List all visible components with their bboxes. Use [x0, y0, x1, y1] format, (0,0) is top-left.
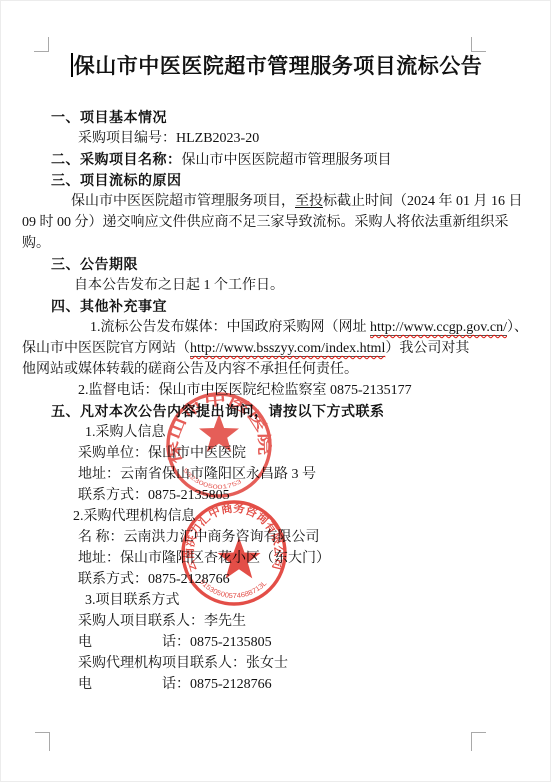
- text-segment: 采购人项目联系人：李先生: [78, 614, 246, 629]
- document-line: 自本公告发布之日起 1 个工作日。: [1, 275, 551, 296]
- document-line: 09 时 00 分）递交响应文件供应商不足三家导致流标。采购人将依法重新组织采: [1, 212, 551, 233]
- document-line: 四、其他补充事宜: [1, 296, 551, 317]
- star-icon: [199, 414, 239, 452]
- text-segment: 至投: [295, 194, 323, 209]
- text-segment: 二、采购项目名称：: [51, 151, 182, 167]
- official-seal-agency: 云南洪力汇中商务咨询有限公司 91530500574688713L: [178, 497, 290, 609]
- text-segment: 3.项目联系方式: [85, 593, 180, 608]
- official-seal-hospital: 保山市中医医院 5323005001753: [163, 389, 275, 501]
- document-line: 一、项目基本情况: [1, 107, 551, 128]
- text-segment: 三、项目流标的原因: [51, 172, 182, 188]
- document-line: 电 话：0875-2135805: [1, 632, 551, 653]
- document-line: 1.流标公告发布媒体：中国政府采购网（网址 http://www.ccgp.go…: [1, 317, 551, 338]
- text-segment: 一、项目基本情况: [51, 109, 167, 125]
- text-segment: ）、: [507, 320, 528, 335]
- text-segment: 他网站或媒体转载的磋商公告及内容不承担任何责任。: [22, 362, 358, 377]
- text-segment: 1.流标公告发布媒体：中国政府采购网（网址: [90, 320, 370, 335]
- document-line: 采购项目编号：HLZB2023-20: [1, 128, 551, 149]
- text-segment: 电 话：0875-2128766: [78, 677, 272, 692]
- text-segment: ）我公司对其: [385, 341, 469, 356]
- text-segment: 电 话：0875-2135805: [78, 635, 272, 650]
- document-line: 购。: [1, 233, 551, 254]
- margin-corner-mark: [471, 732, 486, 751]
- document-line: 保山市中医医院官方网站（http://www.bsszyy.com/index.…: [1, 338, 551, 359]
- star-icon: [217, 537, 260, 578]
- text-segment: 自本公告发布之日起 1 个工作日。: [74, 278, 284, 293]
- url-text: http://www.bsszyy.com/index.html: [190, 341, 385, 357]
- document-line: 采购人项目联系人：李先生: [1, 611, 551, 632]
- text-segment: 采购代理机构项目联系人：张女士: [78, 656, 288, 671]
- text-segment: 采购项目编号：HLZB2023-20: [78, 131, 259, 146]
- document-line: 他网站或媒体转载的磋商公告及内容不承担任何责任。: [1, 359, 551, 380]
- text-segment: 四、其他补充事宜: [51, 298, 167, 314]
- text-segment: 保山市中医医院超市管理服务项目: [182, 153, 392, 168]
- document-line: 采购代理机构项目联系人：张女士: [1, 653, 551, 674]
- document-line: 1.采购人信息: [1, 422, 551, 443]
- document-line: 电 话：0875-2128766: [1, 674, 551, 695]
- url-text: http://www.ccgp.gov.cn/: [370, 320, 507, 336]
- document-title-text: 保山市中医医院超市管理服务项目流标公告: [74, 54, 483, 78]
- text-segment: 09 时 00 分）递交响应文件供应商不足三家导致流标。采购人将依法重新组织采: [22, 215, 509, 230]
- text-segment: 保山市中医医院官方网站（: [22, 341, 190, 356]
- text-segment: 1.采购人信息: [85, 425, 166, 440]
- document-line: 三、公告期限: [1, 254, 551, 275]
- text-segment: 三、公告期限: [51, 256, 138, 272]
- document-page[interactable]: 保山市中医医院超市管理服务项目流标公告 一、项目基本情况采购项目编号：HLZB2…: [0, 0, 551, 782]
- document-title: 保山市中医医院超市管理服务项目流标公告: [22, 50, 531, 80]
- document-line: 保山市中医医院超市管理服务项目，至投标截止时间（2024 年 01 月 16 日: [1, 191, 551, 212]
- text-segment: 保山市中医医院超市管理服务项目，: [71, 194, 295, 209]
- text-segment: 标截止时间（2024 年 01 月 16 日: [323, 194, 523, 209]
- document-line: 五、凡对本次公告内容提出询问，请按以下方式联系: [1, 401, 551, 422]
- document-line: 地址：云南省保山市隆阳区永昌路 3 号: [1, 464, 551, 485]
- text-cursor: [71, 53, 73, 77]
- document-line: 二、采购项目名称：保山市中医医院超市管理服务项目: [1, 149, 551, 170]
- text-segment: 购。: [22, 236, 50, 251]
- document-line: 采购单位：保山市中医医院: [1, 443, 551, 464]
- margin-corner-mark: [35, 732, 50, 751]
- document-line: 三、项目流标的原因: [1, 170, 551, 191]
- document-line: 2.监督电话：保山市中医医院纪检监察室 0875-2135177: [1, 380, 551, 401]
